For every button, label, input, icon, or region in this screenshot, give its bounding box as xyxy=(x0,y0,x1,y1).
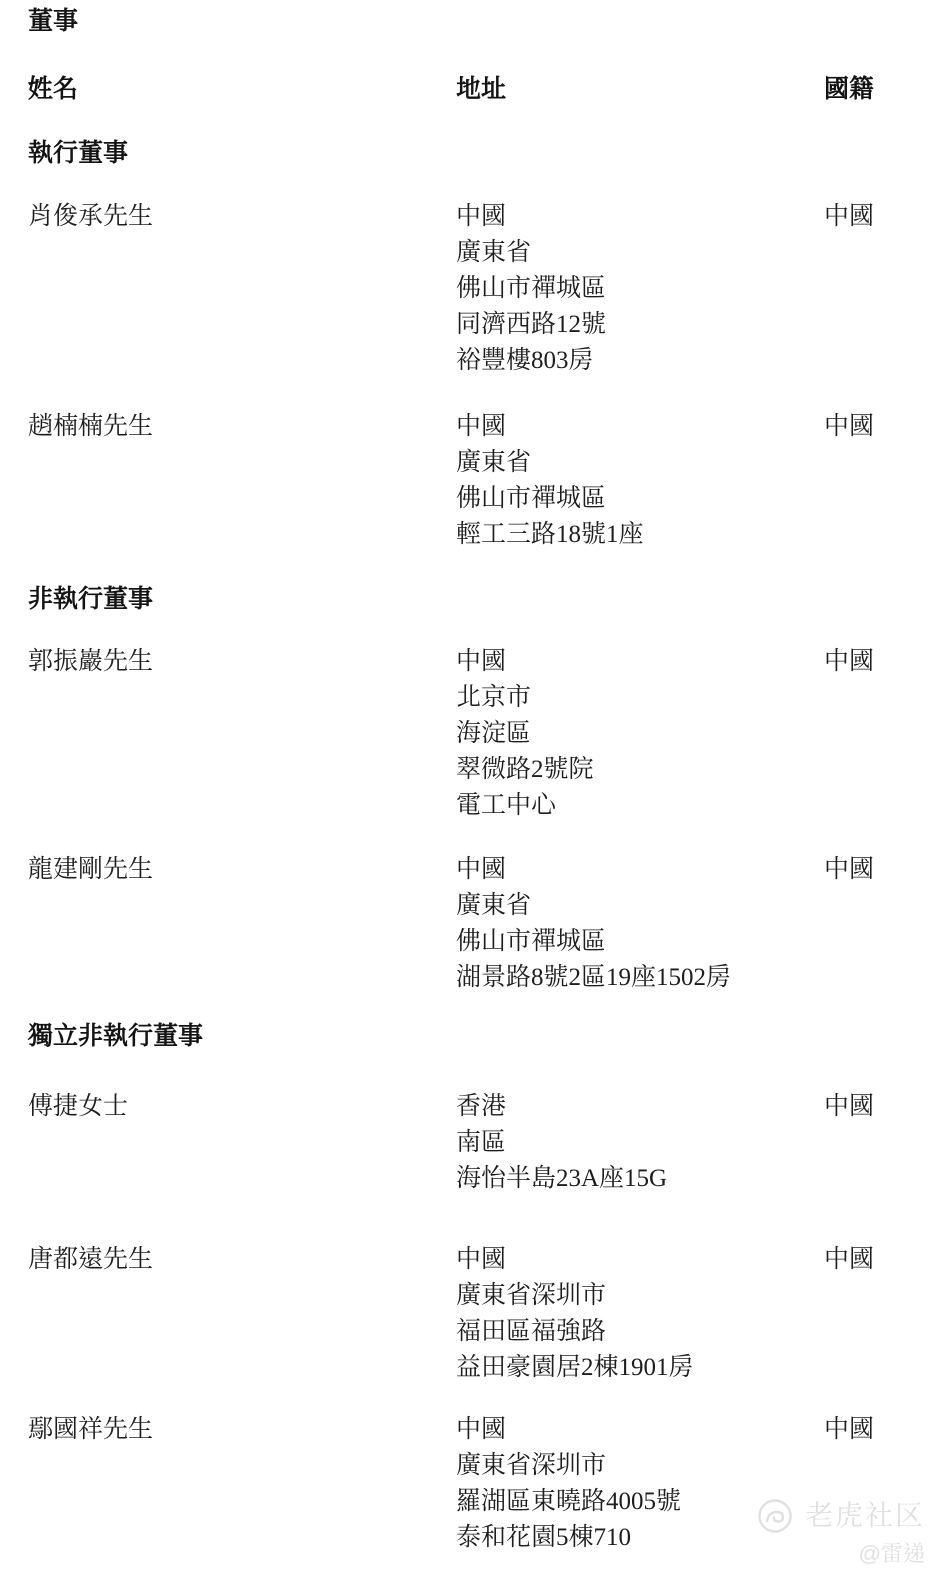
section-header-independent-non-executive-directors: 獨立非執行董事 xyxy=(28,1019,898,1055)
section-header-executive-directors: 執行董事 xyxy=(28,136,898,172)
address-line: 廣東省深圳市 xyxy=(456,1278,824,1314)
section-header-non-executive-directors: 非執行董事 xyxy=(28,582,898,618)
director-nationality: 中國 xyxy=(824,1412,898,1448)
director-row: 趙楠楠先生 中國 廣東省 佛山市禪城區 輕工三路18號1座 中國 xyxy=(28,409,898,553)
director-row: 郭振巖先生 中國 北京市 海淀區 翠微路2號院 電工中心 中國 xyxy=(28,644,898,824)
watermark-brand-text: 老虎社区 xyxy=(805,1501,925,1531)
column-header-row: 姓名 地址 國籍 xyxy=(28,72,898,108)
director-address: 香港 南區 海怡半島23A座15G xyxy=(456,1089,824,1197)
address-line: 裕豐樓803房 xyxy=(456,343,824,379)
address-line: 北京市 xyxy=(456,680,824,716)
address-line: 同濟西路12號 xyxy=(456,307,824,343)
address-line: 廣東省 xyxy=(456,888,824,924)
director-nationality: 中國 xyxy=(824,1089,898,1125)
address-line: 中國 xyxy=(456,1412,824,1448)
address-line: 廣東省 xyxy=(456,235,824,271)
address-line: 海怡半島23A座15G xyxy=(456,1161,824,1197)
address-line: 佛山市禪城區 xyxy=(456,924,824,960)
director-row: 龍建剛先生 中國 廣東省 佛山市禪城區 湖景路8號2區19座1502房 中國 xyxy=(28,852,898,996)
director-nationality: 中國 xyxy=(824,852,898,888)
director-row: 唐都遠先生 中國 廣東省深圳市 福田區福強路 益田豪園居2棟1901房 中國 xyxy=(28,1242,898,1386)
column-header-address: 地址 xyxy=(456,72,824,108)
address-line: 福田區福強路 xyxy=(456,1314,824,1350)
watermark-handle: @雷递 xyxy=(757,1542,925,1566)
director-name: 趙楠楠先生 xyxy=(28,409,456,445)
tiger-community-logo-icon xyxy=(757,1498,793,1534)
address-line: 翠微路2號院 xyxy=(456,752,824,788)
address-line: 佛山市禪城區 xyxy=(456,271,824,307)
address-line: 中國 xyxy=(456,1242,824,1278)
watermark: 老虎社区 @雷递 xyxy=(757,1498,925,1566)
director-nationality: 中國 xyxy=(824,644,898,680)
director-name: 唐都遠先生 xyxy=(28,1242,456,1278)
director-name: 鄢國祥先生 xyxy=(28,1412,456,1448)
address-line: 輕工三路18號1座 xyxy=(456,517,824,553)
director-address: 中國 廣東省 佛山市禪城區 輕工三路18號1座 xyxy=(456,409,824,553)
address-line: 電工中心 xyxy=(456,788,824,824)
address-line: 海淀區 xyxy=(456,716,824,752)
address-line: 中國 xyxy=(456,199,824,235)
address-line: 佛山市禪城區 xyxy=(456,481,824,517)
address-line: 中國 xyxy=(456,852,824,888)
address-line: 廣東省 xyxy=(456,445,824,481)
address-line: 中國 xyxy=(456,409,824,445)
director-nationality: 中國 xyxy=(824,199,898,235)
director-nationality: 中國 xyxy=(824,409,898,445)
director-row: 傅捷女士 香港 南區 海怡半島23A座15G 中國 xyxy=(28,1089,898,1197)
address-line: 益田豪園居2棟1901房 xyxy=(456,1350,824,1386)
director-address: 中國 北京市 海淀區 翠微路2號院 電工中心 xyxy=(456,644,824,824)
address-line: 中國 xyxy=(456,644,824,680)
address-line: 南區 xyxy=(456,1125,824,1161)
director-name: 傅捷女士 xyxy=(28,1089,456,1125)
address-line: 香港 xyxy=(456,1089,824,1125)
directors-page: 董事 姓名 地址 國籍 執行董事 肖俊承先生 中國 廣東省 佛山市禪城區 同濟西… xyxy=(0,0,938,1556)
director-name: 肖俊承先生 xyxy=(28,199,456,235)
director-nationality: 中國 xyxy=(824,1242,898,1278)
address-line: 湖景路8號2區19座1502房 xyxy=(456,960,824,996)
director-name: 龍建剛先生 xyxy=(28,852,456,888)
address-line: 廣東省深圳市 xyxy=(456,1448,824,1484)
director-address: 中國 廣東省 佛山市禪城區 湖景路8號2區19座1502房 xyxy=(456,852,824,996)
director-address: 中國 廣東省 佛山市禪城區 同濟西路12號 裕豐樓803房 xyxy=(456,199,824,379)
column-header-nationality: 國籍 xyxy=(824,72,898,108)
column-header-name: 姓名 xyxy=(28,72,456,108)
director-row: 肖俊承先生 中國 廣東省 佛山市禪城區 同濟西路12號 裕豐樓803房 中國 xyxy=(28,199,898,379)
page-title: 董事 xyxy=(28,4,898,40)
watermark-brand-row: 老虎社区 xyxy=(757,1498,925,1534)
director-name: 郭振巖先生 xyxy=(28,644,456,680)
director-address: 中國 廣東省深圳市 福田區福強路 益田豪園居2棟1901房 xyxy=(456,1242,824,1386)
